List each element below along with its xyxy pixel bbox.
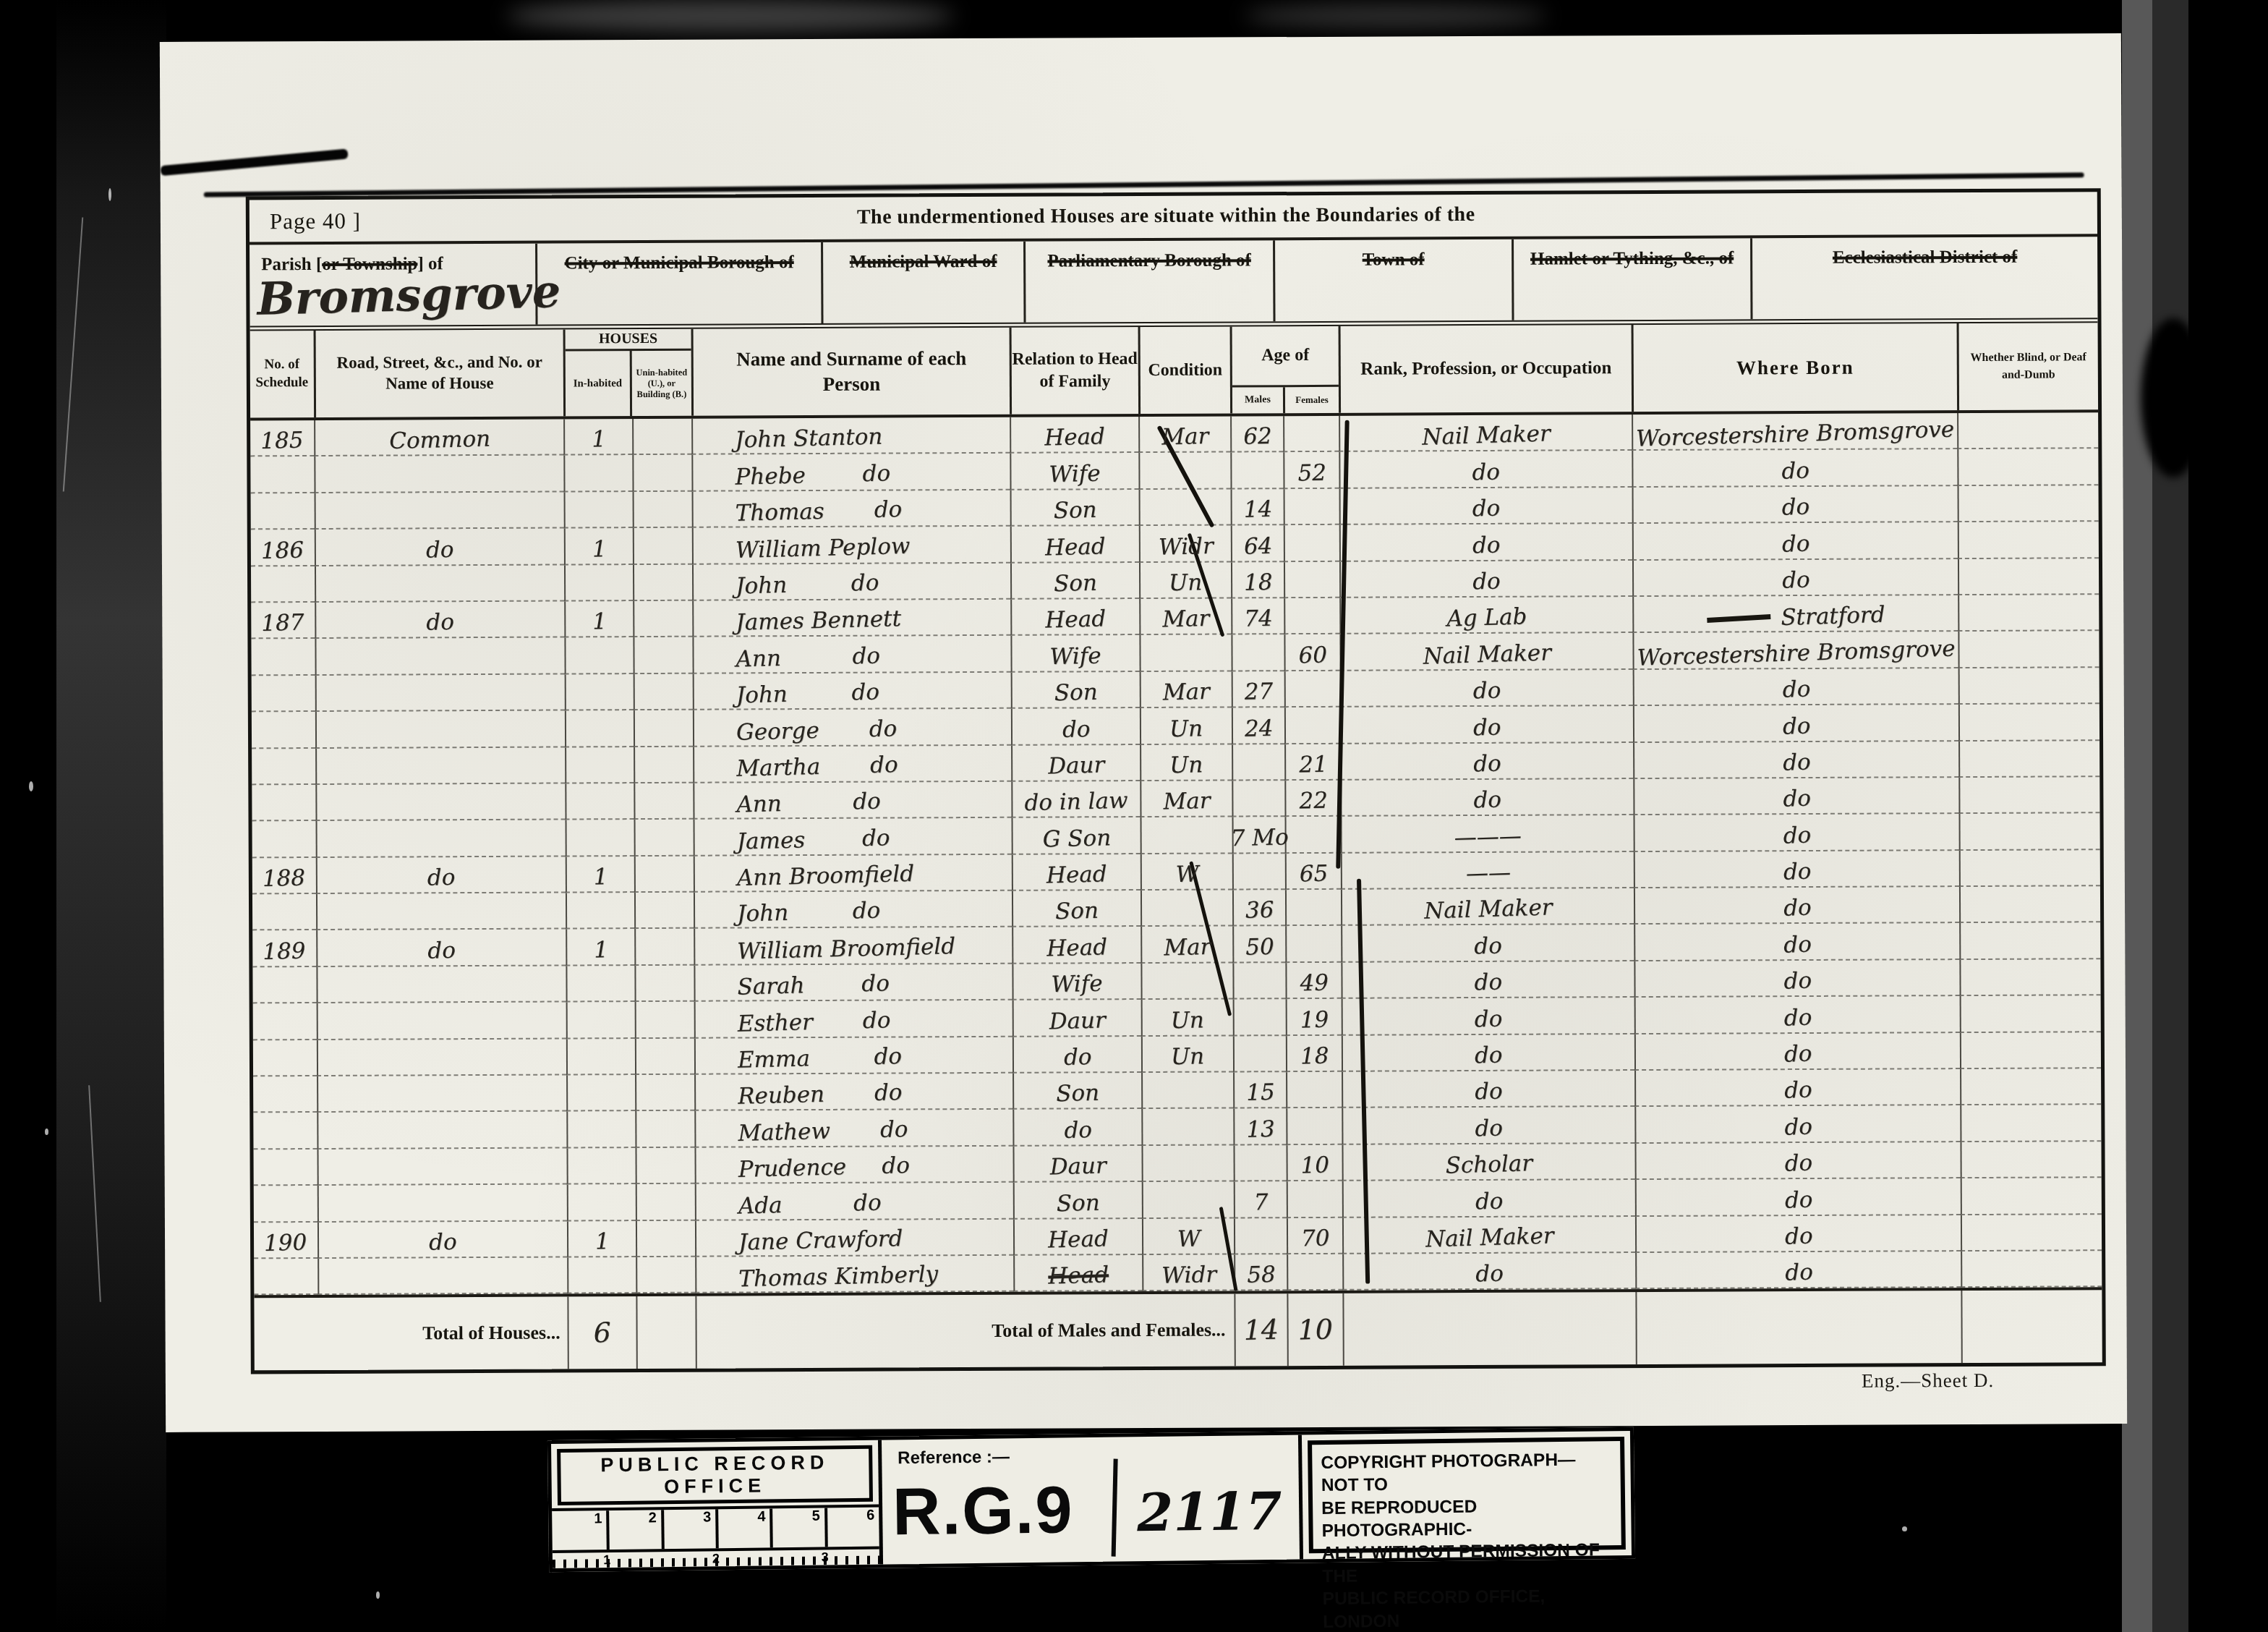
cell-inh: 1 bbox=[563, 419, 632, 456]
handwritten-entry: 7 bbox=[1253, 1189, 1269, 1215]
handwritten-entry: do bbox=[1784, 1186, 1813, 1213]
handwritten-entry: G Son bbox=[1042, 825, 1111, 852]
handwritten-entry: Widr bbox=[1161, 1262, 1216, 1289]
film-smudge bbox=[506, 0, 955, 32]
cell-name: George do bbox=[693, 709, 1011, 747]
cell-name: Ann Broomfield bbox=[694, 854, 1012, 892]
handwritten-entry: do bbox=[1472, 532, 1501, 558]
cell-condition: Un bbox=[1140, 708, 1232, 745]
cell-relation: Wife bbox=[1012, 964, 1141, 1000]
handwritten-entry: Stratford bbox=[1781, 602, 1885, 631]
handwritten-entry: do bbox=[1782, 749, 1811, 775]
header-age: Age of Males Females bbox=[1230, 326, 1339, 414]
cell-condition bbox=[1141, 817, 1232, 854]
handwritten-entry: Un bbox=[1171, 1043, 1205, 1070]
cell-occupation: do bbox=[1340, 670, 1633, 707]
handwritten-entry: Prudence do bbox=[738, 1152, 910, 1183]
cell-condition bbox=[1141, 1145, 1233, 1182]
handwritten-entry: Reuben do bbox=[738, 1080, 903, 1110]
cell-schedule: 186 bbox=[251, 530, 315, 566]
cell-uninh bbox=[634, 893, 694, 930]
handwritten-entry: Ag Lab bbox=[1446, 604, 1527, 632]
cell-name: James do bbox=[694, 818, 1012, 856]
cell-born: do bbox=[1632, 559, 1958, 597]
handwritten-entry: do bbox=[427, 864, 456, 891]
ruler-number: 5 bbox=[769, 1508, 824, 1548]
ruler-number: 2 bbox=[712, 1551, 720, 1566]
cell-born: Worcestershire Bromsgrove bbox=[1632, 413, 1957, 451]
handwritten-entry: Un bbox=[1169, 569, 1203, 596]
handwritten-entry: Thomas do bbox=[735, 496, 902, 527]
handwritten-entry: do bbox=[1781, 530, 1810, 557]
cell-age_m: 62 bbox=[1230, 416, 1283, 453]
cell-occupation: do bbox=[1341, 961, 1634, 999]
cell-blind bbox=[1960, 1105, 2101, 1142]
cell-condition: Mar bbox=[1138, 416, 1230, 453]
handwritten-entry: do bbox=[1475, 1188, 1504, 1215]
cell-born: Worcestershire Bromsgrove bbox=[1632, 632, 1958, 669]
cell-age_m: 36 bbox=[1232, 890, 1285, 927]
ruler-number: 3 bbox=[821, 1550, 828, 1565]
cell-inh bbox=[566, 893, 634, 930]
reference-divider bbox=[1112, 1459, 1118, 1557]
handwritten-entry: 21 bbox=[1299, 751, 1328, 778]
cell-born: do bbox=[1634, 814, 1959, 851]
handwritten-entry: 10 bbox=[1300, 1152, 1329, 1179]
cell-occupation: do bbox=[1342, 1180, 1635, 1217]
cell-inh bbox=[567, 1257, 636, 1294]
handwritten-entry: 49 bbox=[1300, 970, 1329, 997]
cell-inh bbox=[566, 820, 634, 857]
cell-name: Phebe do bbox=[691, 454, 1010, 491]
cell-age_f: 21 bbox=[1284, 744, 1340, 781]
cell-relation: Son bbox=[1012, 1073, 1141, 1110]
cell-blind bbox=[1957, 449, 2098, 486]
cell-uninh bbox=[635, 1038, 694, 1075]
cell-relation: Daur bbox=[1012, 1000, 1141, 1037]
cell-schedule bbox=[252, 676, 315, 713]
handwritten-entry: do bbox=[1062, 715, 1090, 742]
cell-road bbox=[316, 893, 566, 931]
handwritten-entry: Daur bbox=[1048, 752, 1105, 779]
ruler-number: 1 bbox=[552, 1510, 607, 1550]
cell-schedule bbox=[254, 1149, 317, 1186]
handwritten-entry: John do bbox=[736, 569, 879, 599]
cell-road bbox=[315, 565, 564, 603]
cell-schedule bbox=[250, 456, 314, 493]
handwritten-entry: Head bbox=[1045, 606, 1107, 634]
handwritten-entry: do bbox=[1783, 1004, 1812, 1031]
cell-occupation: do bbox=[1341, 925, 1634, 963]
handwritten-entry: 1 bbox=[593, 864, 608, 890]
handwritten-entry: James do bbox=[736, 825, 890, 854]
cell-age_m bbox=[1233, 999, 1286, 1036]
district-box-ecclesiastical: Ecclesiastical District of bbox=[1750, 237, 2097, 319]
handwritten-entry: do bbox=[1475, 1115, 1504, 1142]
cell-age_f bbox=[1284, 598, 1339, 635]
cell-age_f: 10 bbox=[1286, 1145, 1342, 1182]
handwritten-entry: 24 bbox=[1244, 715, 1273, 741]
cell-uninh bbox=[633, 637, 692, 674]
cell-blind bbox=[1959, 850, 2100, 887]
cell-age_f: 49 bbox=[1285, 963, 1341, 1000]
cell-occupation: do bbox=[1342, 1034, 1634, 1072]
handwritten-entry: Ann do bbox=[736, 642, 880, 672]
cell-blind bbox=[1957, 412, 2098, 449]
totals-spacer bbox=[636, 1296, 695, 1369]
cell-age_f bbox=[1287, 1181, 1342, 1218]
cell-inh: 1 bbox=[566, 930, 634, 966]
handwritten-entry: W bbox=[1177, 1225, 1201, 1252]
cell-relation: Head bbox=[1013, 1255, 1142, 1292]
handwritten-entry: 18 bbox=[1300, 1043, 1329, 1070]
cell-uninh bbox=[633, 601, 692, 638]
handwritten-entry: Ada do bbox=[738, 1189, 882, 1219]
copyright-line: ALLY WITHOUT PERMISSION OF THE bbox=[1322, 1539, 1613, 1589]
handwritten-entry: Mar bbox=[1162, 605, 1210, 633]
handwritten-entry: Emma do bbox=[738, 1043, 903, 1074]
handwritten-entry: Daur bbox=[1049, 1153, 1107, 1181]
handwritten-entry: Head bbox=[1048, 1225, 1109, 1253]
ruler-inches: 1 2 3 4 5 6 bbox=[552, 1505, 879, 1554]
handwritten-entry: do bbox=[1783, 786, 1812, 812]
handwritten-entry: 52 bbox=[1297, 459, 1326, 486]
cell-road bbox=[316, 820, 566, 858]
page-fold-line bbox=[160, 148, 348, 176]
cell-relation: Son bbox=[1010, 563, 1139, 600]
cell-uninh bbox=[636, 1220, 695, 1257]
handwritten-entry: do bbox=[1064, 1117, 1092, 1144]
cell-road bbox=[317, 1257, 567, 1295]
cell-condition bbox=[1141, 1072, 1233, 1109]
cell-schedule bbox=[253, 1076, 317, 1113]
cell-uninh bbox=[634, 929, 694, 966]
handwritten-entry: Un bbox=[1169, 715, 1203, 742]
cell-relation: Head bbox=[1010, 526, 1139, 563]
cell-occupation: Ag Lab bbox=[1339, 597, 1632, 634]
cell-inh bbox=[567, 1184, 636, 1221]
handwritten-entry: Head bbox=[1046, 861, 1108, 888]
cell-born: do bbox=[1632, 486, 1958, 524]
cell-name: William Broomfield bbox=[694, 927, 1012, 965]
cell-born: do bbox=[1634, 996, 1960, 1034]
cell-age_f bbox=[1287, 1254, 1342, 1291]
ruler-number: 6 bbox=[824, 1508, 879, 1547]
cell-relation: Son bbox=[1010, 490, 1139, 527]
handwritten-entry: 62 bbox=[1243, 423, 1272, 450]
handwritten-entry: do bbox=[1781, 566, 1810, 593]
handwritten-entry: Martha do bbox=[736, 752, 898, 782]
cell-born: Stratford bbox=[1632, 595, 1958, 633]
cell-blind bbox=[1959, 959, 2100, 996]
cell-occupation: ——— bbox=[1341, 815, 1634, 853]
cell-age_m bbox=[1231, 634, 1284, 671]
cell-uninh bbox=[632, 455, 691, 492]
total-houses-value: 6 bbox=[567, 1296, 636, 1369]
reference-block: Reference :— R.G.9 2117 bbox=[882, 1435, 1303, 1564]
handwritten-entry: Head bbox=[1046, 934, 1108, 961]
handwritten-entry: 58 bbox=[1247, 1262, 1276, 1288]
cell-blind bbox=[1959, 886, 2100, 923]
cell-schedule bbox=[252, 894, 316, 931]
handwritten-entry: 70 bbox=[1300, 1225, 1329, 1251]
cell-age_f bbox=[1286, 1108, 1342, 1145]
handwritten-entry: do bbox=[1783, 859, 1812, 885]
cell-road bbox=[315, 674, 565, 712]
cell-schedule bbox=[254, 1186, 317, 1223]
handwritten-entry: Widr bbox=[1158, 532, 1214, 560]
handwritten-entry: 7 Mo bbox=[1230, 824, 1289, 851]
cell-inh: 1 bbox=[564, 528, 633, 565]
cell-road bbox=[315, 711, 565, 749]
cell-name: Martha do bbox=[693, 745, 1011, 783]
cell-age_f bbox=[1285, 817, 1341, 854]
cell-inh bbox=[565, 783, 634, 820]
cell-age_m: 7 Mo bbox=[1232, 817, 1285, 854]
cell-relation: Daur bbox=[1011, 745, 1140, 782]
form-title: The undermentioned Houses are situate wi… bbox=[857, 203, 1475, 229]
ruler-centimetres: 1 2 3 bbox=[553, 1550, 879, 1569]
district-box-town: Town of bbox=[1273, 239, 1512, 321]
handwritten-entry: 19 bbox=[1300, 1006, 1329, 1033]
header-houses-title: HOUSES bbox=[566, 329, 691, 352]
handwritten-entry: George do bbox=[736, 715, 898, 746]
cell-age_f bbox=[1286, 1072, 1342, 1109]
cell-blind bbox=[1958, 777, 2099, 814]
handwritten-entry: Ann do bbox=[736, 789, 881, 818]
handwritten-entry: do bbox=[1472, 677, 1501, 704]
handwritten-entry: 1 bbox=[592, 608, 607, 634]
cell-schedule bbox=[252, 749, 315, 786]
district-box-hamlet: Hamlet or Tything, &c., of bbox=[1512, 238, 1750, 320]
film-edge-left bbox=[56, 0, 166, 1632]
cell-age_f: 60 bbox=[1284, 634, 1339, 671]
totals-spacer bbox=[1635, 1291, 1961, 1364]
totals-spacer bbox=[1961, 1291, 2102, 1364]
handwritten-entry: John do bbox=[737, 898, 881, 927]
cell-relation: Wife bbox=[1010, 635, 1139, 672]
cell-uninh bbox=[634, 820, 694, 857]
parish-value-handwritten: Bromsgrove bbox=[256, 265, 560, 326]
district-label: City or Municipal Borough of bbox=[565, 252, 794, 273]
cell-relation: Head bbox=[1013, 1219, 1142, 1256]
film-scratch bbox=[108, 188, 111, 201]
cell-age_m: 24 bbox=[1232, 707, 1284, 744]
cell-age_m bbox=[1232, 744, 1284, 781]
cell-born: do bbox=[1633, 741, 1958, 779]
cell-uninh bbox=[634, 783, 693, 820]
film-smudge bbox=[1244, 4, 1548, 27]
cell-relation: do bbox=[1012, 1037, 1141, 1074]
cell-relation: Son bbox=[1013, 1182, 1142, 1219]
handwritten-entry: 74 bbox=[1244, 605, 1273, 632]
district-label: Town of bbox=[1363, 250, 1425, 269]
cell-road: Common bbox=[314, 419, 563, 456]
cell-name: James Bennett bbox=[692, 600, 1010, 637]
cell-road bbox=[317, 1039, 566, 1076]
handwritten-entry: do bbox=[1474, 969, 1503, 996]
handwritten-entry: Head bbox=[1048, 1262, 1109, 1290]
handwritten-entry: do bbox=[1783, 822, 1812, 849]
cell-inh bbox=[565, 674, 634, 711]
header-name: Name and Surname of each Person bbox=[691, 328, 1010, 416]
cell-inh: 1 bbox=[567, 1221, 636, 1258]
handwritten-entry: do bbox=[1474, 1006, 1503, 1032]
handwritten-entry: do bbox=[1782, 676, 1811, 703]
handwritten-entry: —— bbox=[1465, 859, 1511, 887]
cell-condition: Mar bbox=[1140, 671, 1232, 708]
handwritten-entry: do bbox=[1783, 1041, 1812, 1068]
cell-born: do bbox=[1633, 705, 1958, 742]
cell-inh bbox=[565, 747, 634, 784]
handwritten-entry: 65 bbox=[1299, 861, 1328, 888]
handwritten-entry: do bbox=[1475, 1079, 1504, 1105]
cell-blind bbox=[1959, 814, 2100, 851]
district-box-ward: Municipal Ward of bbox=[821, 242, 1023, 323]
cell-occupation: —— bbox=[1341, 852, 1634, 890]
cell-occupation: do bbox=[1342, 1071, 1634, 1108]
cell-inh: 1 bbox=[566, 857, 634, 893]
handwritten-entry: Nail Maker bbox=[1423, 895, 1552, 925]
cell-relation: do bbox=[1012, 1109, 1141, 1146]
handwritten-entry: do bbox=[1475, 1261, 1504, 1288]
pro-ruler: PUBLIC RECORD OFFICE 1 2 3 4 5 6 1 2 3 bbox=[551, 1440, 883, 1569]
cell-blind bbox=[1960, 1032, 2101, 1069]
cell-schedule bbox=[251, 493, 315, 530]
cell-age_m bbox=[1232, 781, 1284, 817]
handwritten-entry: do bbox=[427, 938, 456, 964]
handwritten-entry: 190 bbox=[264, 1229, 307, 1256]
cell-uninh bbox=[634, 966, 694, 1003]
cell-occupation: do bbox=[1339, 524, 1632, 561]
cell-born: do bbox=[1635, 1251, 1961, 1289]
cell-born: do bbox=[1634, 1033, 1960, 1071]
cell-age_m: 74 bbox=[1231, 598, 1284, 635]
cell-age_m bbox=[1232, 963, 1285, 1000]
handwritten-entry: Daur bbox=[1049, 1007, 1106, 1034]
cell-occupation: do bbox=[1342, 998, 1634, 1035]
district-box-parish: Parish [or Township] of Bromsgrove bbox=[250, 244, 535, 326]
handwritten-entry: William Peplow bbox=[735, 532, 910, 563]
cell-age_m bbox=[1232, 854, 1285, 891]
cell-uninh bbox=[636, 1257, 695, 1294]
handwritten-entry: 27 bbox=[1244, 679, 1273, 705]
cell-relation: do bbox=[1011, 708, 1140, 745]
handwritten-entry: Son bbox=[1056, 1189, 1100, 1217]
cell-schedule: 189 bbox=[252, 930, 316, 967]
cell-occupation: Nail Maker bbox=[1342, 1217, 1635, 1254]
handwritten-entry: Worcestershire Bromsgrove bbox=[1637, 635, 1956, 671]
handwritten-entry: do bbox=[1783, 968, 1812, 995]
film-scratch bbox=[29, 781, 33, 791]
pro-reference-stamp: PUBLIC RECORD OFFICE 1 2 3 4 5 6 1 2 3 R… bbox=[547, 1427, 1635, 1572]
cell-occupation: Nail Maker bbox=[1341, 888, 1634, 926]
cell-blind bbox=[1961, 1215, 2102, 1251]
cell-blind bbox=[1960, 1142, 2101, 1178]
film-scratch bbox=[376, 1591, 380, 1599]
page-number: Page 40 ] bbox=[270, 208, 361, 235]
cell-occupation: do bbox=[1339, 561, 1632, 598]
cell-road bbox=[315, 783, 565, 821]
header-born: Where Born bbox=[1632, 323, 1958, 412]
handwritten-entry: Wife bbox=[1049, 460, 1101, 488]
handwritten-entry: do bbox=[1472, 568, 1501, 595]
cell-blind bbox=[1960, 995, 2101, 1032]
handwritten-entry: 60 bbox=[1298, 642, 1327, 668]
handwritten-entry: Nail Maker bbox=[1425, 1223, 1553, 1252]
handwritten-entry: ——— bbox=[1454, 823, 1522, 851]
cell-age_m: 7 bbox=[1234, 1181, 1287, 1218]
header-blind: Whether Blind, or Deaf and-Dumb bbox=[1957, 323, 2099, 410]
handwritten-entry: Son bbox=[1056, 1080, 1100, 1108]
cell-inh bbox=[566, 1039, 635, 1076]
cell-condition: Widr bbox=[1139, 526, 1231, 563]
cell-blind bbox=[1958, 485, 2099, 522]
cell-condition: W bbox=[1141, 854, 1232, 891]
cell-name: John do bbox=[692, 563, 1010, 600]
cell-age_f bbox=[1284, 489, 1339, 526]
handwritten-entry: do bbox=[1474, 932, 1503, 959]
cell-born: do bbox=[1634, 1105, 1960, 1143]
handwritten-entry: Thomas Kimberly bbox=[738, 1262, 939, 1293]
cell-age_f bbox=[1284, 561, 1339, 598]
cell-blind bbox=[1958, 668, 2099, 705]
handwritten-entry: 15 bbox=[1245, 1079, 1274, 1106]
handwritten-entry: Son bbox=[1053, 497, 1097, 524]
cell-age_m: 13 bbox=[1233, 1109, 1286, 1146]
cell-schedule bbox=[253, 1113, 317, 1149]
handwritten-entry: 64 bbox=[1243, 532, 1272, 559]
totals-spacer bbox=[1342, 1292, 1635, 1366]
handwritten-entry: do bbox=[1472, 459, 1501, 485]
cell-condition: Un bbox=[1140, 744, 1232, 781]
cell-condition: Mar bbox=[1140, 781, 1232, 817]
cell-uninh bbox=[633, 492, 692, 529]
handwritten-entry: Nail Maker bbox=[1421, 421, 1550, 451]
handwritten-entry: 18 bbox=[1243, 569, 1272, 596]
cell-condition: W bbox=[1142, 1218, 1234, 1255]
cell-road bbox=[317, 1003, 566, 1040]
cell-relation: Head bbox=[1010, 417, 1138, 454]
cell-age_f bbox=[1283, 416, 1339, 453]
handwritten-entry: Wife bbox=[1050, 642, 1102, 670]
cell-condition: Un bbox=[1141, 1000, 1233, 1037]
handwritten-entry: do bbox=[1782, 713, 1811, 739]
cell-blind bbox=[1958, 595, 2099, 632]
handwritten-entry: Esther do bbox=[737, 1007, 890, 1037]
handwritten-entry: do bbox=[1783, 1077, 1812, 1104]
cell-age_m bbox=[1233, 1036, 1286, 1073]
district-label: Parliamentary Borough of bbox=[1047, 250, 1251, 271]
cell-name: Emma do bbox=[694, 1037, 1012, 1074]
handwritten-entry: do bbox=[1783, 895, 1812, 922]
handwritten-entry: John Stanton bbox=[735, 424, 883, 454]
cell-age_f: 65 bbox=[1285, 853, 1341, 890]
cell-relation: Head bbox=[1012, 854, 1141, 891]
cell-blind bbox=[1960, 1068, 2101, 1105]
cell-born: do bbox=[1633, 778, 1958, 815]
total-females-value: 10 bbox=[1287, 1293, 1342, 1366]
handwritten-entry: do bbox=[1475, 1042, 1504, 1068]
handwritten-entry: James Bennett bbox=[736, 605, 902, 636]
total-houses-label: Total of Houses... bbox=[254, 1297, 567, 1371]
header-houses: HOUSES In-habited Unin-habited (U.), or … bbox=[563, 329, 692, 417]
handwritten-entry: Mar bbox=[1161, 423, 1209, 451]
copyright-notice: COPYRIGHT PHOTOGRAPH—NOT TO BE REPRODUCE… bbox=[1308, 1437, 1626, 1553]
cell-inh bbox=[564, 492, 633, 529]
cell-inh bbox=[563, 455, 632, 492]
cell-occupation: do bbox=[1339, 488, 1632, 525]
